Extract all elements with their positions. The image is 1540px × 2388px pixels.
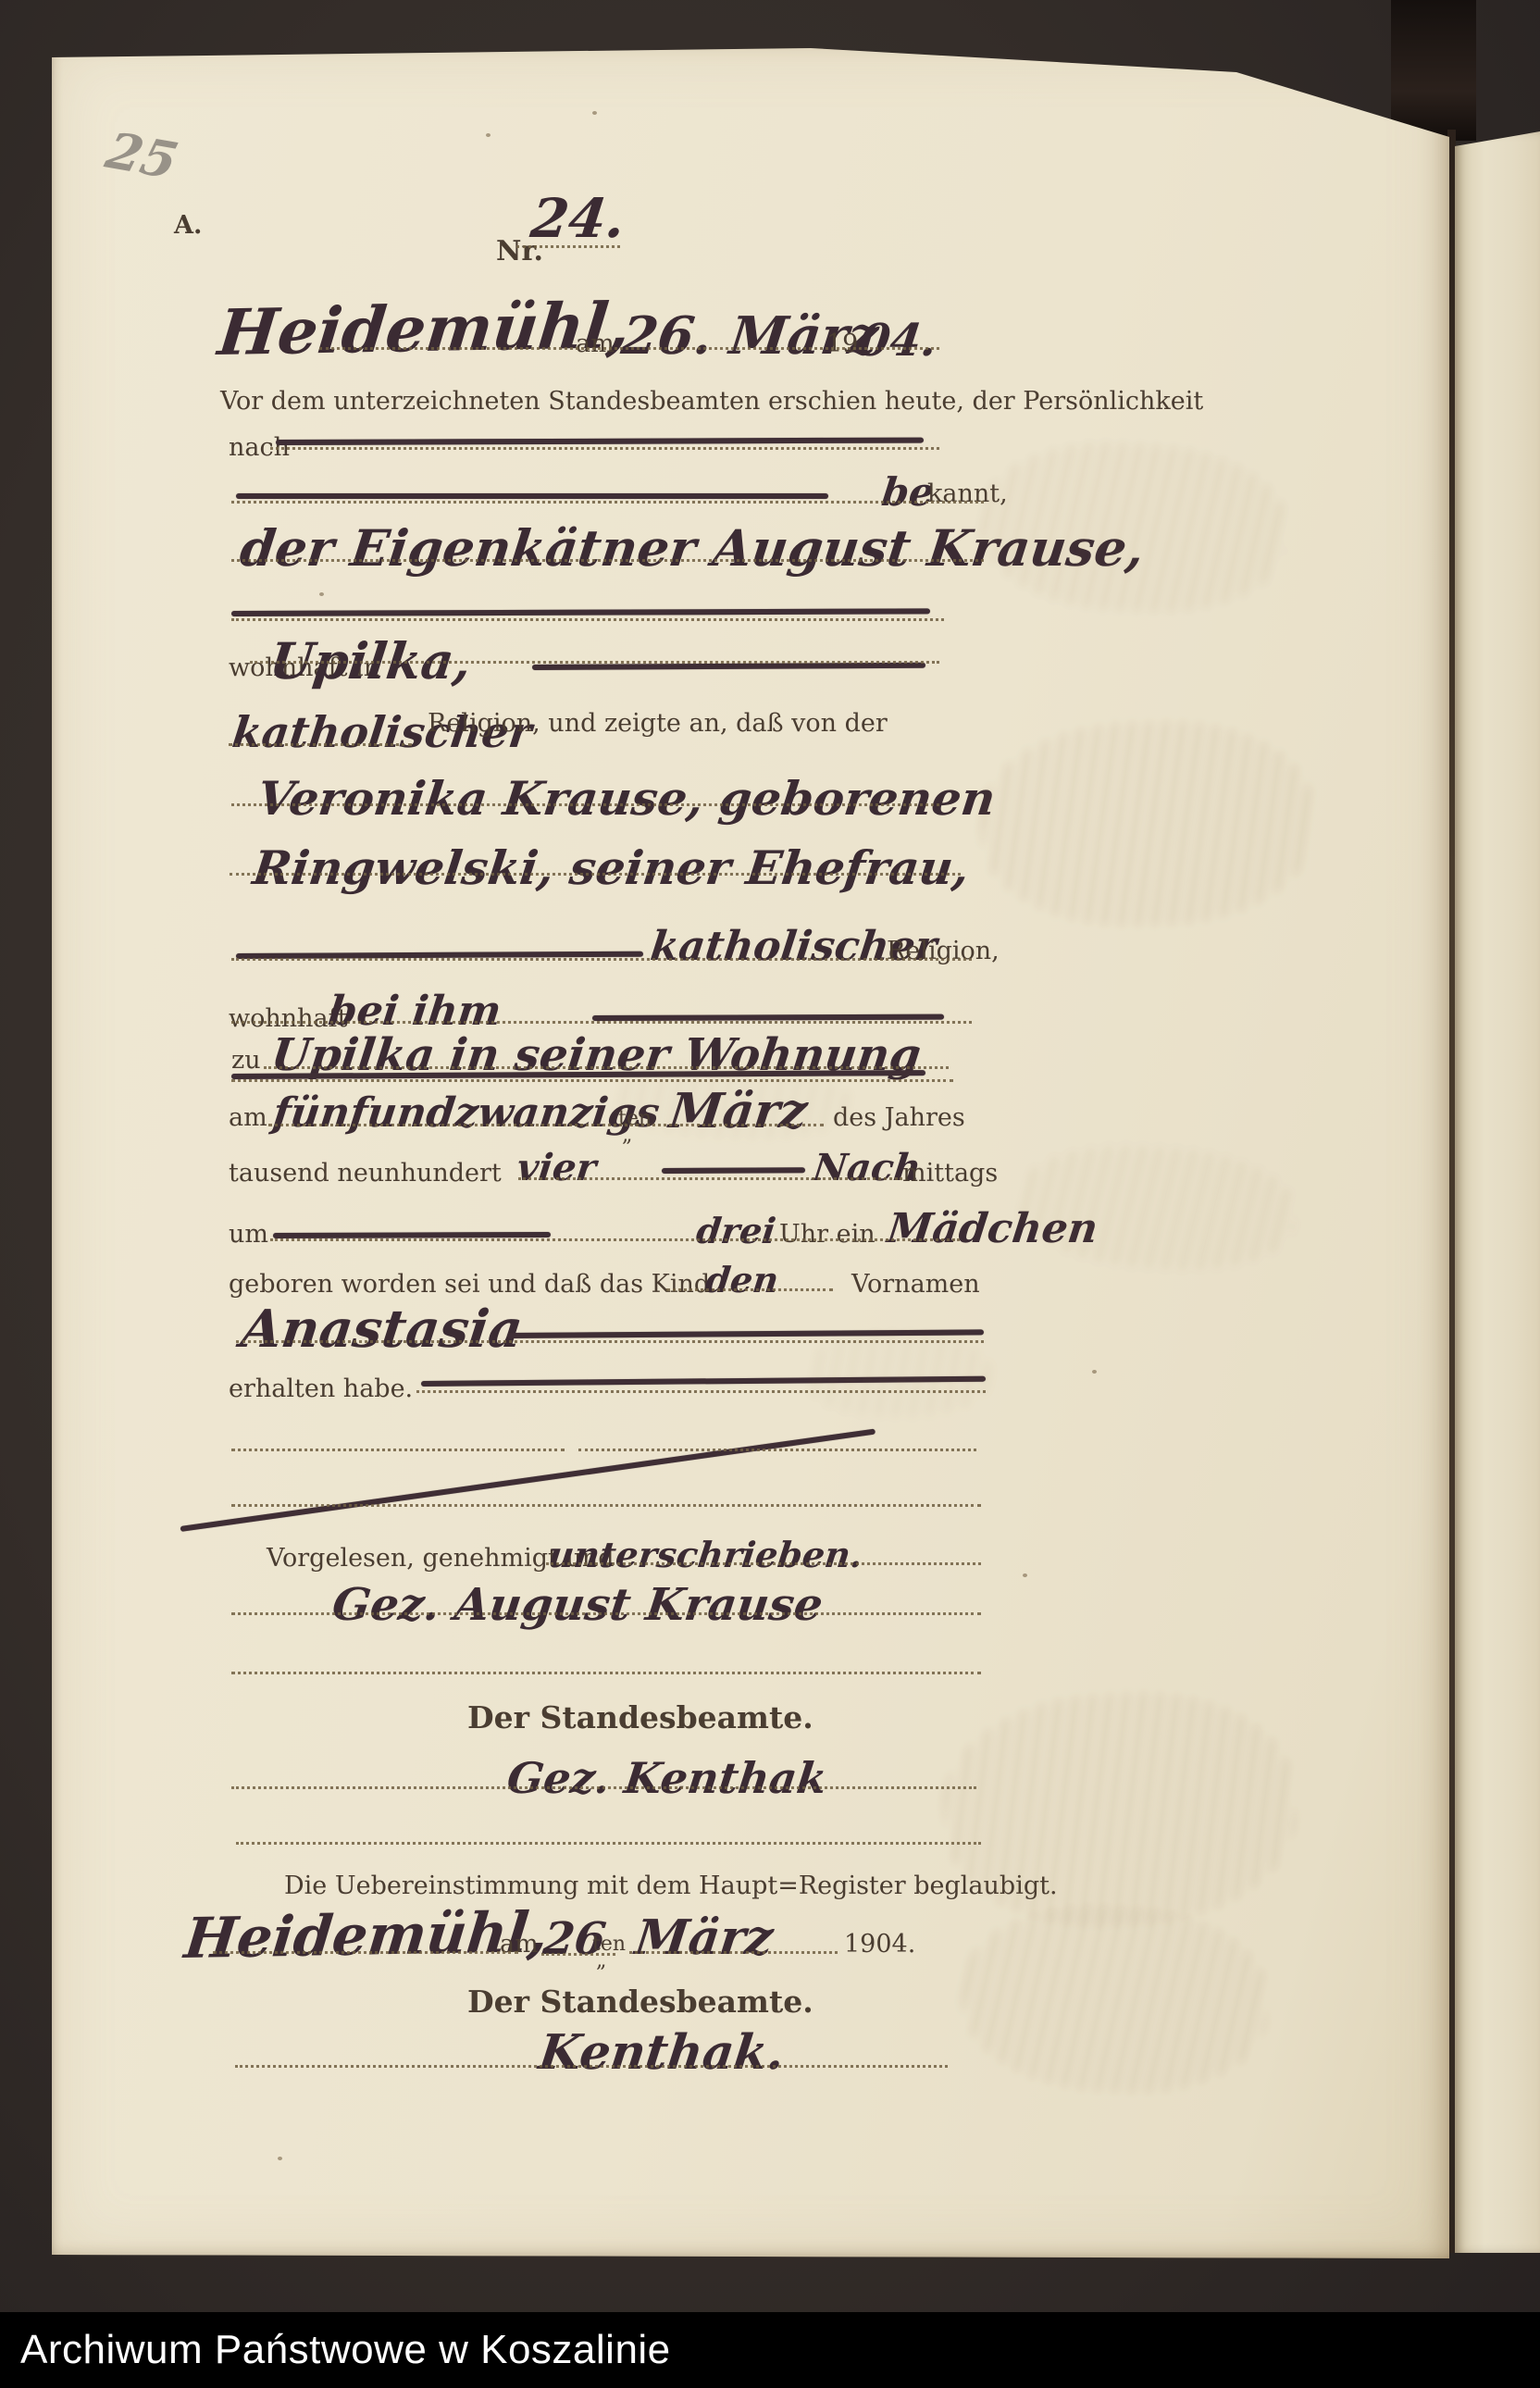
hour-handwritten: drei: [694, 1210, 778, 1251]
dotted-rule: [231, 1612, 981, 1615]
paper-speck: [486, 133, 491, 137]
declarant-signature: Gez. August Krause: [329, 1579, 826, 1631]
ink-stroke: [592, 1014, 944, 1021]
dotted-rule: [230, 873, 961, 876]
ink-showthrough: [1014, 1138, 1299, 1278]
um-label: um: [229, 1220, 268, 1249]
archive-caption-bar: Archiwum Państwowe w Koszalinie: [0, 2312, 1540, 2388]
dotted-rule: [231, 501, 984, 504]
ink-stroke: [273, 1232, 551, 1238]
mittags-label: mittags: [902, 1159, 998, 1188]
paper-speck: [278, 2157, 282, 2160]
dotted-rule: [231, 958, 972, 961]
mother-line2: Ringwelski, seiner Ehefrau,: [250, 840, 973, 895]
dotted-rule: [541, 1953, 615, 1956]
ink-showthrough: [977, 716, 1317, 931]
dotted-rule: [629, 1951, 838, 1954]
dotted-rule: [231, 1672, 981, 1674]
dotted-rule: [231, 1504, 981, 1507]
cert-am-label: am: [500, 1930, 539, 1959]
dotted-rule: [578, 1449, 976, 1451]
record-number-value: 24.: [528, 187, 628, 250]
zu-label: zu: [231, 1046, 261, 1075]
ink-stroke: [231, 608, 930, 616]
dotted-rule: [229, 743, 412, 746]
vornamen-label: Vornamen: [851, 1270, 980, 1299]
dotted-rule: [319, 347, 939, 350]
ink-showthrough: [958, 1899, 1273, 2100]
dotted-rule: [264, 1066, 949, 1069]
head-year-written: 04.: [856, 315, 939, 367]
book-spine-edge: [1391, 0, 1476, 141]
archive-caption-text: Archiwum Państwowe w Koszalinie: [0, 2327, 671, 2373]
ink-showthrough: [977, 436, 1291, 618]
geboren-line: geboren worden sei und daß das Kind: [229, 1270, 710, 1299]
facing-page-edge: [1455, 131, 1540, 2253]
head-am-label: am: [576, 330, 615, 358]
dotted-rule: [546, 1562, 981, 1565]
dotted-rule: [231, 1079, 953, 1082]
registrar-label-1: Der Standesbeamte.: [467, 1699, 813, 1735]
dotted-rule: [236, 1842, 981, 1845]
am2-label: am: [229, 1103, 267, 1132]
dotted-rule: [250, 661, 939, 664]
dotted-rule: [231, 618, 944, 621]
registrar-signature-1: Gez. Kenthak: [504, 1753, 829, 1803]
document-page: 25 A. Nr. 24. Heidemühl, am 26. März 19 …: [52, 44, 1449, 2258]
cert-month: März: [632, 1909, 776, 1966]
dotted-rule: [231, 1449, 565, 1451]
religion2-printed: Religion,: [887, 937, 1000, 965]
ink-stroke: [180, 1429, 876, 1532]
section-letter: A.: [174, 211, 202, 240]
cert-year: 1904.: [844, 1930, 915, 1959]
unterschrieben-handwritten: unterschrieben.: [546, 1534, 865, 1575]
uhr-ein-label: Uhr ein: [779, 1220, 876, 1249]
cert-place: Heidemühl,: [181, 1900, 552, 1971]
head-place: Heidemühl,: [215, 289, 634, 370]
ink-stroke: [276, 438, 924, 445]
child-name: Anastasia: [238, 1299, 526, 1360]
ten-suffix-mark: „: [622, 1124, 632, 1147]
paper-speck: [1023, 1573, 1027, 1577]
dotted-rule: [235, 2065, 948, 2068]
dotted-rule: [231, 803, 939, 806]
ink-stroke: [532, 663, 925, 670]
dotted-rule: [666, 1288, 833, 1291]
dotted-rule: [231, 1786, 976, 1789]
registrar-label-2: Der Standesbeamte.: [467, 1984, 813, 2020]
ink-stroke: [236, 493, 828, 499]
beglaubigt-line: Die Uebereinstimmung mit dem Haupt=Regis…: [284, 1872, 1058, 1900]
dotted-rule: [518, 1177, 902, 1180]
den-handwritten: den: [703, 1259, 781, 1300]
religion1-printed: Religion, und zeigte an, daß von der: [428, 709, 888, 738]
birth-year-handwritten: vier: [515, 1146, 599, 1189]
tausend-label: tausend neunhundert: [229, 1159, 502, 1188]
dotted-rule: [213, 1951, 518, 1954]
birth-day-handwritten: fünfundzwanzigs: [270, 1089, 662, 1137]
paper-speck: [319, 592, 324, 596]
dotted-rule: [270, 447, 939, 450]
pencil-archive-number: 25: [100, 120, 184, 190]
ink-showthrough: [938, 1685, 1302, 1934]
residence2-value: bei ihm: [326, 988, 503, 1035]
ink-stroke: [662, 1167, 805, 1174]
paper-speck: [592, 111, 597, 115]
des-jahres-label: des Jahres: [833, 1103, 965, 1132]
erhalten-label: erhalten habe.: [229, 1374, 413, 1403]
dotted-rule: [231, 1021, 972, 1024]
archival-scan-photo: 25 A. Nr. 24. Heidemühl, am 26. März 19 …: [0, 0, 1540, 2388]
dotted-rule: [231, 559, 984, 562]
registrar-signature-2: Kenthak.: [536, 2024, 788, 2081]
head-year-printed: 19: [826, 330, 858, 358]
intro-line: Vor dem unterzeichneten Standesbeamten e…: [220, 387, 1203, 416]
dotted-rule: [270, 1238, 960, 1241]
paper-speck: [1092, 1370, 1097, 1374]
mother-line1: Veronika Krause, geborenen: [255, 771, 999, 826]
ink-showthrough: [805, 1333, 990, 1416]
dotted-rule: [516, 245, 620, 248]
